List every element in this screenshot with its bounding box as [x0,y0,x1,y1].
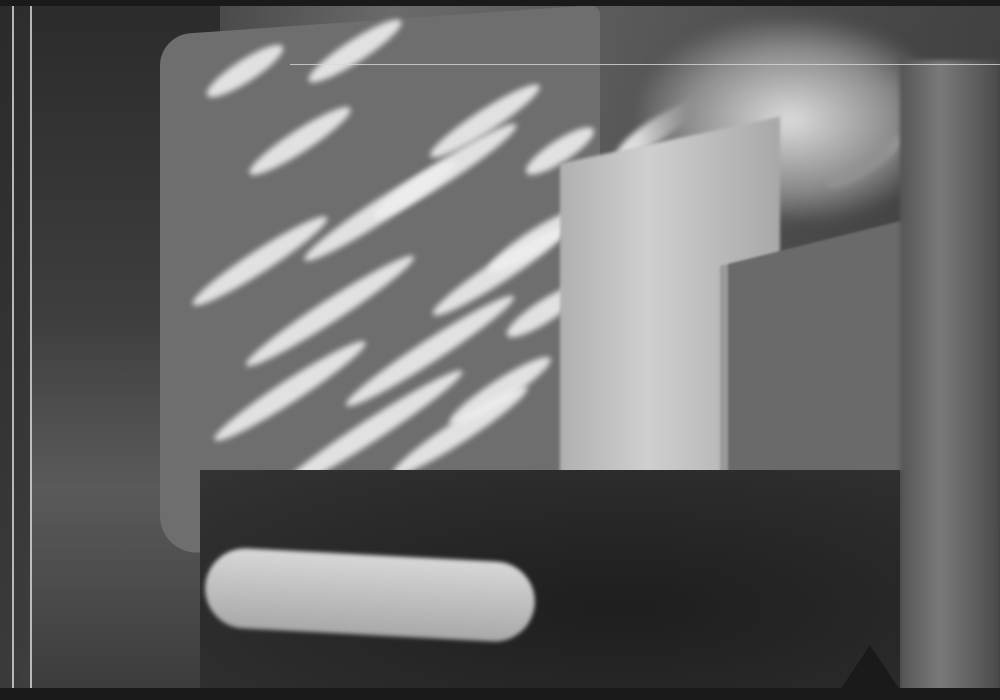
film-notch [840,645,900,690]
film-edge-line [30,0,32,700]
film-edge-line [290,64,1000,65]
film-edge-line [12,0,14,700]
photograph: Black-and-white pinhole photograph of an… [0,0,1000,700]
right-wall [900,60,1000,700]
film-border-top [0,0,1000,6]
